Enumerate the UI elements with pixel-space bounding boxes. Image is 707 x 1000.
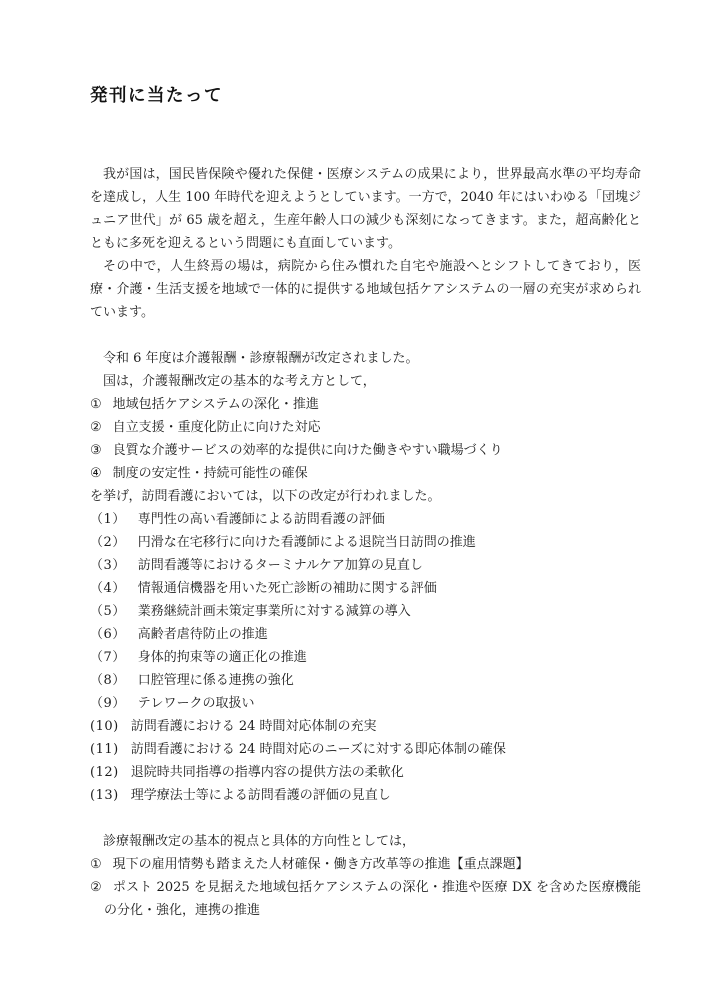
revision-item-13: (13)理学療法士等による訪問看護の評価の見直し bbox=[90, 784, 641, 807]
list-text: 訪問看護における 24 時間対応体制の充実 bbox=[131, 719, 377, 734]
list-marker: ① bbox=[90, 857, 102, 872]
list-marker: (13) bbox=[90, 788, 119, 803]
kaigo-bridge-line: を挙げ，訪問看護においては，以下の改定が行われました。 bbox=[90, 485, 641, 508]
list-marker: （2） bbox=[90, 535, 126, 550]
kaigo-lead-line-2: 国は，介護報酬改定の基本的な考え方として， bbox=[90, 370, 641, 393]
kaigo-lead-line-1: 令和 6 年度は介護報酬・診療報酬が改定されました。 bbox=[90, 347, 641, 370]
list-marker: （3） bbox=[90, 558, 126, 573]
list-text: 現下の雇用情勢も踏まえた人材確保・働き方改革等の推進【重点課題】 bbox=[113, 857, 529, 872]
list-marker: ② bbox=[90, 880, 102, 895]
list-text: ポスト 2025 を見据えた地域包括ケアシステムの深化・推進や医療 DX を含め… bbox=[104, 880, 641, 918]
revision-item-2: （2）円滑な在宅移行に向けた看護師による退院当日訪問の推進 bbox=[90, 531, 641, 554]
revision-item-4: （4）情報通信機器を用いた死亡診断の補助に関する評価 bbox=[90, 577, 641, 600]
list-text: 訪問看護における 24 時間対応のニーズに対する即応体制の確保 bbox=[131, 742, 506, 757]
list-text: 自立支援・重度化防止に向けた対応 bbox=[113, 420, 321, 435]
list-text: 円滑な在宅移行に向けた看護師による退院当日訪問の推進 bbox=[138, 535, 476, 550]
kaigo-principle-1: ①地域包括ケアシステムの深化・推進 bbox=[90, 393, 641, 416]
revision-item-9: （9）テレワークの取扱い bbox=[90, 692, 641, 715]
list-text: 高齢者虐待防止の推進 bbox=[138, 627, 268, 642]
list-text: 訪問看護等におけるターミナルケア加算の見直し bbox=[138, 558, 423, 573]
list-marker: （8） bbox=[90, 673, 126, 688]
list-marker: (12) bbox=[90, 765, 119, 780]
list-marker: （5） bbox=[90, 604, 126, 619]
list-marker: ④ bbox=[90, 466, 102, 481]
list-text: テレワークの取扱い bbox=[138, 696, 255, 711]
list-marker: （4） bbox=[90, 581, 126, 596]
intro-paragraph-2: その中で，人生終焉の場は，病院から住み慣れた自宅や施設へとシフトしてきており，医… bbox=[90, 255, 641, 324]
list-marker: （7） bbox=[90, 650, 126, 665]
list-text: 理学療法士等による訪問看護の評価の見直し bbox=[131, 788, 391, 803]
list-marker: ③ bbox=[90, 443, 102, 458]
revision-item-3: （3）訪問看護等におけるターミナルケア加算の見直し bbox=[90, 554, 641, 577]
revision-item-7: （7）身体的拘束等の適正化の推進 bbox=[90, 646, 641, 669]
list-marker: (10) bbox=[90, 719, 119, 734]
list-text: 制度の安定性・持続可能性の確保 bbox=[113, 466, 308, 481]
list-marker: (11) bbox=[90, 742, 119, 757]
revision-item-11: (11)訪問看護における 24 時間対応のニーズに対する即応体制の確保 bbox=[90, 738, 641, 761]
revision-item-5: （5）業務継続計画未策定事業所に対する減算の導入 bbox=[90, 600, 641, 623]
revision-item-12: (12)退院時共同指導の指導内容の提供方法の柔軟化 bbox=[90, 761, 641, 784]
list-text: 身体的拘束等の適正化の推進 bbox=[138, 650, 307, 665]
list-text: 退院時共同指導の指導内容の提供方法の柔軟化 bbox=[131, 765, 404, 780]
list-text: 専門性の高い看護師による訪問看護の評価 bbox=[138, 512, 385, 527]
blank-line bbox=[90, 324, 641, 347]
list-marker: ① bbox=[90, 397, 102, 412]
blank-line bbox=[90, 807, 641, 830]
intro-paragraph-1: 我が国は，国民皆保険や優れた保健・医療システムの成果により，世界最高水準の平均寿… bbox=[90, 163, 641, 255]
shinryo-item-1: ①現下の雇用情勢も踏まえた人材確保・働き方改革等の推進【重点課題】 bbox=[90, 853, 641, 876]
list-marker: （1） bbox=[90, 512, 126, 527]
list-marker: （6） bbox=[90, 627, 126, 642]
list-marker: （9） bbox=[90, 696, 126, 711]
list-marker: ② bbox=[90, 420, 102, 435]
revision-item-6: （6）高齢者虐待防止の推進 bbox=[90, 623, 641, 646]
list-text: 口腔管理に係る連携の強化 bbox=[138, 673, 294, 688]
kaigo-principle-4: ④制度の安定性・持続可能性の確保 bbox=[90, 462, 641, 485]
revision-item-10: (10)訪問看護における 24 時間対応体制の充実 bbox=[90, 715, 641, 738]
shinryo-lead-line: 診療報酬改定の基本的視点と具体的方向性としては， bbox=[90, 830, 641, 853]
document-page: 発刊に当たって 我が国は，国民皆保険や優れた保健・医療システムの成果により，世界… bbox=[0, 0, 707, 1000]
kaigo-principle-2: ②自立支援・重度化防止に向けた対応 bbox=[90, 416, 641, 439]
shinryo-item-2: ②ポスト 2025 を見据えた地域包括ケアシステムの深化・推進や医療 DX を含… bbox=[90, 876, 641, 922]
list-text: 情報通信機器を用いた死亡診断の補助に関する評価 bbox=[138, 581, 437, 596]
revision-item-1: （1）専門性の高い看護師による訪問看護の評価 bbox=[90, 508, 641, 531]
revision-item-8: （8）口腔管理に係る連携の強化 bbox=[90, 669, 641, 692]
list-text: 良質な介護サービスの効率的な提供に向けた働きやすい職場づくり bbox=[113, 443, 503, 458]
kaigo-principle-3: ③良質な介護サービスの効率的な提供に向けた働きやすい職場づくり bbox=[90, 439, 641, 462]
page-title: 発刊に当たって bbox=[90, 84, 641, 107]
list-text: 地域包括ケアシステムの深化・推進 bbox=[113, 397, 319, 412]
list-text: 業務継続計画未策定事業所に対する減算の導入 bbox=[138, 604, 411, 619]
